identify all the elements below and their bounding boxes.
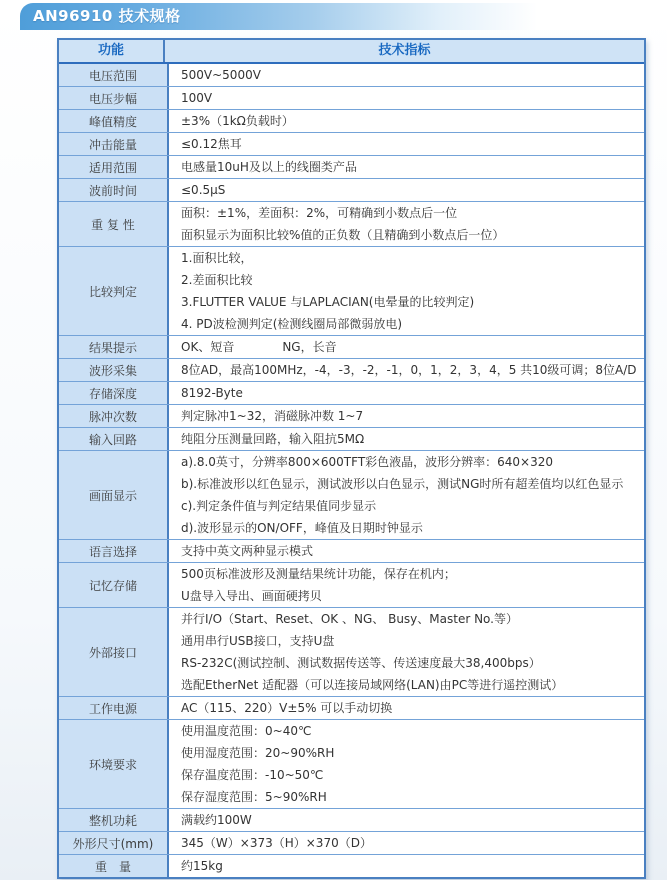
row-label: 画面显示 — [59, 451, 169, 539]
row-value: 1.面积比较，2.差面积比较3.FLUTTER VALUE 与LAPLACIAN… — [169, 247, 644, 335]
table-row: 外形尺寸(mm) 345（W）×373（H）×370（D） — [59, 831, 644, 854]
row-value: 345（W）×373（H）×370（D） — [169, 832, 644, 854]
spec-line: 3.FLUTTER VALUE 与LAPLACIAN(电晕量的比较判定) — [181, 291, 644, 313]
spec-line: 约15kg — [181, 855, 644, 877]
row-label: 峰值精度 — [59, 110, 169, 132]
table-row: 环境要求 使用温度范围：0~40℃使用湿度范围：20~90%RH保存温度范围：-… — [59, 719, 644, 808]
spec-line: a).8.0英寸，分辨率800×600TFT彩色液晶，波形分辨率：640×320 — [181, 451, 644, 473]
table-row: 整机功耗 满载约100W — [59, 808, 644, 831]
row-label: 语言选择 — [59, 540, 169, 562]
row-value: 电感量10uH及以上的线圈类产品 — [169, 156, 644, 178]
row-value: 8位AD，最高100MHz，-4，-3，-2，-1，0，1，2，3，4，5 共1… — [169, 359, 644, 381]
spec-line: 使用湿度范围：20~90%RH — [181, 742, 644, 764]
spec-line: d).波形显示的ON/OFF，峰值及日期时钟显示 — [181, 517, 644, 539]
spec-line: AC（115、220）V±5% 可以手动切换 — [181, 697, 644, 719]
row-label: 重 量 — [59, 855, 169, 877]
row-label: 结果提示 — [59, 336, 169, 358]
row-value: 500页标准波形及测量结果统计功能，保存在机内；U盘导入导出、画面硬拷贝 — [169, 563, 644, 607]
row-label: 比较判定 — [59, 247, 169, 335]
spec-line: 面积：±1%，差面积：2%，可精确到小数点后一位 — [181, 202, 644, 224]
spec-line: 选配EtherNet 适配器（可以连接局域网络(LAN)由PC等进行遥控测试） — [181, 674, 644, 696]
spec-line: 2.差面积比较 — [181, 269, 644, 291]
table-row: 工作电源 AC（115、220）V±5% 可以手动切换 — [59, 696, 644, 719]
spec-line: 1.面积比较， — [181, 247, 644, 269]
row-label: 电压步幅 — [59, 87, 169, 109]
col-header-function: 功能 — [59, 40, 165, 62]
table-row: 冲击能量 ≤0.12焦耳 — [59, 132, 644, 155]
spec-line: 4. PD波检测判定(检测线圈局部微弱放电) — [181, 313, 644, 335]
row-value: ≤0.12焦耳 — [169, 133, 644, 155]
table-row: 重 量 约15kg — [59, 854, 644, 877]
table-row: 波前时间 ≤0.5μS — [59, 178, 644, 201]
row-value: ≤0.5μS — [169, 179, 644, 201]
table-row: 画面显示 a).8.0英寸，分辨率800×600TFT彩色液晶，波形分辨率：64… — [59, 450, 644, 539]
row-label: 冲击能量 — [59, 133, 169, 155]
table-row: 峰值精度 ±3%（1kΩ负载时） — [59, 109, 644, 132]
table-header-row: 功能 技术指标 — [59, 40, 644, 64]
row-value: 并行I/O（Start、Reset、OK 、NG、 Busy、Master No… — [169, 608, 644, 696]
table-row: 结果提示 OK、短音 NG，长音 — [59, 335, 644, 358]
row-value: 约15kg — [169, 855, 644, 877]
spec-line: 8位AD，最高100MHz，-4，-3，-2，-1，0，1，2，3，4，5 共1… — [181, 359, 644, 381]
table-row: 外部接口 并行I/O（Start、Reset、OK 、NG、 Busy、Mast… — [59, 607, 644, 696]
spec-line: 345（W）×373（H）×370（D） — [181, 832, 644, 854]
table-row: 记忆存储 500页标准波形及测量结果统计功能，保存在机内；U盘导入导出、画面硬拷… — [59, 562, 644, 607]
row-label: 外部接口 — [59, 608, 169, 696]
row-label: 适用范围 — [59, 156, 169, 178]
table-row: 波形采集 8位AD，最高100MHz，-4，-3，-2，-1，0，1，2，3，4… — [59, 358, 644, 381]
row-label: 工作电源 — [59, 697, 169, 719]
row-label: 外形尺寸(mm) — [59, 832, 169, 854]
row-label: 环境要求 — [59, 720, 169, 808]
row-value: 面积：±1%，差面积：2%，可精确到小数点后一位面积显示为面积比较%值的正负数（… — [169, 202, 644, 246]
row-label: 波前时间 — [59, 179, 169, 201]
table-row: 电压步幅 100V — [59, 86, 644, 109]
spec-line: ±3%（1kΩ负载时） — [181, 110, 644, 132]
spec-line: 500页标准波形及测量结果统计功能，保存在机内； — [181, 563, 644, 585]
spec-line: b).标准波形以红色显示，测试波形以白色显示，测试NG时所有超差值均以红色显示 — [181, 473, 644, 495]
page-title-bar: AN96910 技术规格 — [20, 3, 667, 30]
spec-line: RS-232C(测试控制、测试数据传送等、传送速度最大38,400bps） — [181, 652, 644, 674]
spec-line: U盘导入导出、画面硬拷贝 — [181, 585, 644, 607]
table-row: 输入回路 纯阻分压测量回路，输入阻抗5MΩ — [59, 427, 644, 450]
spec-table: 功能 技术指标 电压范围 500V~5000V 电压步幅 100V 峰值精度 ±… — [57, 38, 646, 879]
table-row: 重 复 性 面积：±1%，差面积：2%，可精确到小数点后一位面积显示为面积比较%… — [59, 201, 644, 246]
row-value: ±3%（1kΩ负载时） — [169, 110, 644, 132]
spec-line: 500V~5000V — [181, 64, 644, 86]
spec-line: 通用串行USB接口，支持U盘 — [181, 630, 644, 652]
row-value: 判定脉冲1~32，消磁脉冲数 1~7 — [169, 405, 644, 427]
row-value: 100V — [169, 87, 644, 109]
spec-line: 并行I/O（Start、Reset、OK 、NG、 Busy、Master No… — [181, 608, 644, 630]
spec-line: 使用温度范围：0~40℃ — [181, 720, 644, 742]
col-header-spec: 技术指标 — [165, 40, 644, 62]
row-value: OK、短音 NG，长音 — [169, 336, 644, 358]
row-value: 8192-Byte — [169, 382, 644, 404]
spec-line: OK、短音 NG，长音 — [181, 336, 644, 358]
table-row: 电压范围 500V~5000V — [59, 64, 644, 86]
table-row: 存储深度 8192-Byte — [59, 381, 644, 404]
row-label: 电压范围 — [59, 64, 169, 86]
row-label: 重 复 性 — [59, 202, 169, 246]
spec-line: 判定脉冲1~32，消磁脉冲数 1~7 — [181, 405, 644, 427]
row-value: 纯阻分压测量回路，输入阻抗5MΩ — [169, 428, 644, 450]
row-value: 500V~5000V — [169, 64, 644, 86]
table-body: 电压范围 500V~5000V 电压步幅 100V 峰值精度 ±3%（1kΩ负载… — [59, 64, 644, 877]
spec-line: 电感量10uH及以上的线圈类产品 — [181, 156, 644, 178]
row-label: 脉冲次数 — [59, 405, 169, 427]
row-label: 整机功耗 — [59, 809, 169, 831]
spec-line: 8192-Byte — [181, 382, 644, 404]
row-value: 满载约100W — [169, 809, 644, 831]
row-value: 支持中英文两种显示模式 — [169, 540, 644, 562]
table-row: 脉冲次数 判定脉冲1~32，消磁脉冲数 1~7 — [59, 404, 644, 427]
row-label: 输入回路 — [59, 428, 169, 450]
spec-line: 100V — [181, 87, 644, 109]
spec-line: 纯阻分压测量回路，输入阻抗5MΩ — [181, 428, 644, 450]
spec-line: c).判定条件值与判定结果值同步显示 — [181, 495, 644, 517]
table-row: 比较判定 1.面积比较，2.差面积比较3.FLUTTER VALUE 与LAPL… — [59, 246, 644, 335]
spec-line: ≤0.12焦耳 — [181, 133, 644, 155]
spec-line: 保存湿度范围：5~90%RH — [181, 786, 644, 808]
row-value: AC（115、220）V±5% 可以手动切换 — [169, 697, 644, 719]
spec-line: ≤0.5μS — [181, 179, 644, 201]
page-title: AN96910 技术规格 — [20, 3, 181, 30]
row-label: 存储深度 — [59, 382, 169, 404]
row-value: a).8.0英寸，分辨率800×600TFT彩色液晶，波形分辨率：640×320… — [169, 451, 644, 539]
spec-line: 满载约100W — [181, 809, 644, 831]
spec-line: 面积显示为面积比较%值的正负数（且精确到小数点后一位） — [181, 224, 644, 246]
spec-line: 保存温度范围：-10~50℃ — [181, 764, 644, 786]
row-label: 记忆存储 — [59, 563, 169, 607]
row-label: 波形采集 — [59, 359, 169, 381]
row-value: 使用温度范围：0~40℃使用湿度范围：20~90%RH保存温度范围：-10~50… — [169, 720, 644, 808]
table-row: 语言选择 支持中英文两种显示模式 — [59, 539, 644, 562]
table-row: 适用范围 电感量10uH及以上的线圈类产品 — [59, 155, 644, 178]
spec-line: 支持中英文两种显示模式 — [181, 540, 644, 562]
